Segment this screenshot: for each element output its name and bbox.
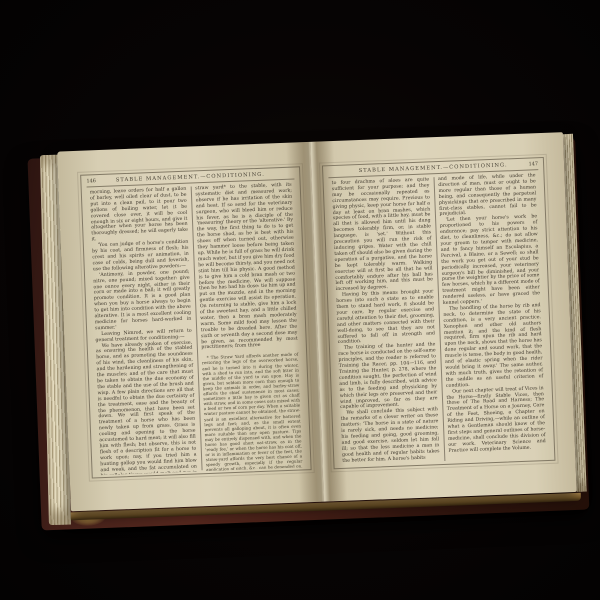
right-text-block: to four drachms of aloes are quite suffi… bbox=[329, 172, 550, 466]
right-text-column-1: to four drachms of aloes are quite suffi… bbox=[329, 176, 443, 466]
right-page: STABLE MANAGEMENT.—CONDITIONING. 147 to … bbox=[310, 132, 577, 501]
photo-scene: 146 STABLE MANAGEMENT.—CONDITIONING. mor… bbox=[0, 0, 600, 600]
right-head-spacer bbox=[328, 172, 350, 173]
right-text-column-2: and mode of life, while under the direct… bbox=[435, 172, 549, 462]
left-page: 146 STABLE MANAGEMENT.—CONDITIONING. mor… bbox=[57, 142, 324, 511]
left-text-column-2: straw yard* to the stable, with its syst… bbox=[192, 182, 305, 472]
open-book: 146 STABLE MANAGEMENT.—CONDITIONING. mor… bbox=[43, 132, 579, 514]
left-page-number: 146 bbox=[86, 178, 108, 185]
left-text-column-1: morning, leave orders for half a gallon … bbox=[87, 186, 200, 476]
left-head-spacer bbox=[272, 175, 294, 176]
right-page-number: 147 bbox=[516, 161, 538, 168]
right-page-frame: STABLE MANAGEMENT.—CONDITIONING. 147 to … bbox=[322, 157, 556, 469]
left-page-frame: 146 STABLE MANAGEMENT.—CONDITIONING. mor… bbox=[80, 166, 312, 478]
open-pages: 146 STABLE MANAGEMENT.—CONDITIONING. mor… bbox=[57, 132, 576, 511]
footnote: * The Straw Yard affords another mode of… bbox=[202, 351, 303, 471]
left-text-block: morning, leave orders for half a gallon … bbox=[87, 182, 306, 476]
